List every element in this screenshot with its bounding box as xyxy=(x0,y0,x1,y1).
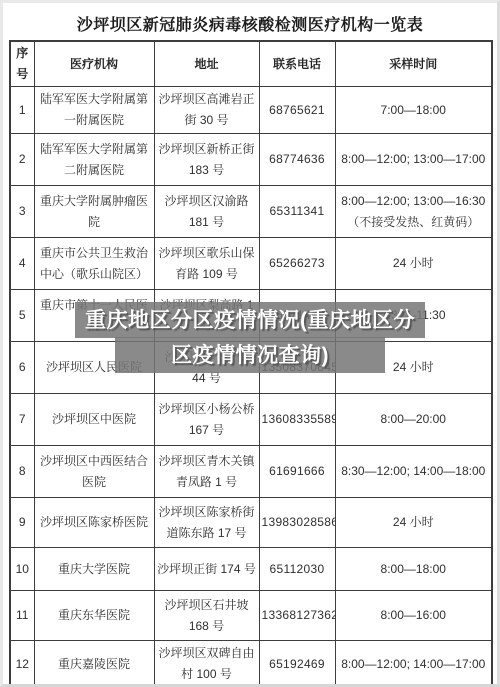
table-row: 1 陆军军医大学附属第一附属医院 沙坪坝区高滩岩正街 30 号 68765621… xyxy=(10,87,492,134)
table-row: 8 沙坪坝区中西医结合医院 沙坪坝区青木关镇青凤路 1 号 61691666 8… xyxy=(10,446,492,498)
cell-phone: 65192469 xyxy=(259,641,335,687)
cell-addr: 沙坪坝区陈家桥街道陈东路 17 号 xyxy=(154,498,259,548)
table-row: 9 沙坪坝区陈家桥医院 沙坪坝区陈家桥街道陈东路 17 号 1398302858… xyxy=(10,498,492,548)
time-text: 8:00—16:00 xyxy=(381,608,446,622)
cell-no: 12 xyxy=(10,641,34,687)
cell-no: 2 xyxy=(10,134,34,186)
cell-time: 24 小时 xyxy=(335,342,492,394)
cell-org: 陆军军医大学附属第二附属医院 xyxy=(34,134,154,186)
header-org: 医疗机构 xyxy=(34,41,154,87)
cell-addr: 沙坪坝区小杨公桥 167 号 xyxy=(154,394,259,446)
table-header-row: 序号 医疗机构 地址 联系电话 采样时间 xyxy=(10,41,492,87)
cell-org: 沙坪坝区人民医院 xyxy=(34,342,154,394)
cell-org: 重庆市公共卫生救治中心（歌乐山院区） xyxy=(34,238,154,290)
table-row: 7 沙坪坝区中医院 沙坪坝区小杨公桥 167 号 13608335589 8:0… xyxy=(10,394,492,446)
cell-org: 沙坪坝区中西医结合医院 xyxy=(34,446,154,498)
cell-org: 沙坪坝区陈家桥医院 xyxy=(34,498,154,548)
time-note: （不接受发热、红黄码） xyxy=(338,212,490,233)
header-phone: 联系电话 xyxy=(259,41,335,87)
cell-addr: 沙坪坝区新桥正街 183 号 xyxy=(154,134,259,186)
cell-addr: 沙坪坝区汉渝路 181 号 xyxy=(154,186,259,238)
cell-phone: 65371479 xyxy=(259,290,335,342)
cell-time: 8:00—12:00; 13:00—16:30（不接受发热、红黄码） xyxy=(335,186,492,238)
cell-phone: 13983028586 xyxy=(259,498,335,548)
table-row: 11 重庆东华医院 沙坪坝区石井坡 168 号 13368127362 8:00… xyxy=(10,591,492,641)
table-row: 2 陆军军医大学附属第二附属医院 沙坪坝区新桥正街 183 号 68774636… xyxy=(10,134,492,186)
cell-addr: 沙坪坝区双碑自由村 100 号 xyxy=(154,641,259,687)
table-row: 4 重庆市公共卫生救治中心（歌乐山院区） 沙坪坝区歌乐山保育路 109 号 65… xyxy=(10,238,492,290)
cell-time: 24 小时 xyxy=(335,498,492,548)
cell-phone: 65112030 xyxy=(259,548,335,591)
cell-no: 5 xyxy=(10,290,34,342)
cell-addr: 沙坪坝区高滩岩正街 30 号 xyxy=(154,87,259,134)
table-row: 3 重庆大学附属肿瘤医院 沙坪坝区汉渝路 181 号 65311341 8:00… xyxy=(10,186,492,238)
cell-time: 8:00—20:00 xyxy=(335,394,492,446)
cell-org: 沙坪坝区中医院 xyxy=(34,394,154,446)
hospital-table: 序号 医疗机构 地址 联系电话 采样时间 1 陆军军医大学附属第一附属医院 沙坪… xyxy=(9,40,493,687)
time-text: 7:30—11:30 xyxy=(381,308,446,322)
cell-org: 重庆嘉陵医院 xyxy=(34,641,154,687)
cell-addr: 沙坪坝区石井坡 168 号 xyxy=(154,591,259,641)
cell-time: 8:00—12:00; 14:00—17:00 xyxy=(335,641,492,687)
cell-no: 1 xyxy=(10,87,34,134)
cell-time: 7:30—11:30 xyxy=(335,290,492,342)
cell-no: 11 xyxy=(10,591,34,641)
cell-phone: 65311341 xyxy=(259,186,335,238)
table-row: 6 沙坪坝区人民医院 沙坪坝区小新街 44 号 13508370845 24 小… xyxy=(10,342,492,394)
time-text: 24 小时 xyxy=(393,256,434,270)
cell-org: 陆军军医大学附属第一附属医院 xyxy=(34,87,154,134)
cell-org: 重庆市第十一人民医院 xyxy=(34,290,154,342)
cell-time: 8:00—12:00; 13:00—17:00 xyxy=(335,134,492,186)
cell-phone: 61691666 xyxy=(259,446,335,498)
cell-phone: 13608335589 xyxy=(259,394,335,446)
cell-no: 6 xyxy=(10,342,34,394)
cell-addr: 沙坪坝区歌乐山保育路 109 号 xyxy=(154,238,259,290)
time-text: 8:00—12:00; 13:00—17:00 xyxy=(341,152,485,166)
cell-time: 8:00—16:00 xyxy=(335,591,492,641)
table-row: 12 重庆嘉陵医院 沙坪坝区双碑自由村 100 号 65192469 8:00—… xyxy=(10,641,492,687)
cell-time: 8:30—12:00; 14:00—18:00 xyxy=(335,446,492,498)
cell-org: 重庆大学附属肿瘤医院 xyxy=(34,186,154,238)
time-text: 8:00—12:00; 13:00—16:30 xyxy=(341,194,485,208)
document-page: 沙坪坝区新冠肺炎病毒核酸检测医疗机构一览表 序号 医疗机构 地址 联系电话 采样… xyxy=(0,0,500,687)
cell-addr: 沙坪坝区小新街 44 号 xyxy=(154,342,259,394)
cell-addr: 沙坪坝区青木关镇青凤路 1 号 xyxy=(154,446,259,498)
cell-addr: 沙坪坝区梨高路 1 号 xyxy=(154,290,259,342)
cell-phone: 68765621 xyxy=(259,87,335,134)
table-row: 10 重庆大学医院 沙坪坝正街 174 号 65112030 8:00—18:0… xyxy=(10,548,492,591)
time-text: 7:00—18:00 xyxy=(381,103,446,117)
cell-org: 重庆东华医院 xyxy=(34,591,154,641)
time-text: 24 小时 xyxy=(393,360,434,374)
cell-no: 10 xyxy=(10,548,34,591)
header-no: 序号 xyxy=(10,41,34,87)
cell-no: 8 xyxy=(10,446,34,498)
cell-no: 7 xyxy=(10,394,34,446)
time-text: 24 小时 xyxy=(393,515,434,529)
time-text: 8:30—12:00; 14:00—18:00 xyxy=(341,464,485,478)
cell-time: 8:00—18:00 xyxy=(335,548,492,591)
time-text: 8:00—18:00 xyxy=(381,562,446,576)
header-time: 采样时间 xyxy=(335,41,492,87)
cell-no: 9 xyxy=(10,498,34,548)
cell-phone: 68774636 xyxy=(259,134,335,186)
cell-org: 重庆大学医院 xyxy=(34,548,154,591)
cell-phone: 13508370845 xyxy=(259,342,335,394)
cell-addr: 沙坪坝正街 174 号 xyxy=(154,548,259,591)
cell-no: 4 xyxy=(10,238,34,290)
cell-time: 24 小时 xyxy=(335,238,492,290)
cell-phone: 65266273 xyxy=(259,238,335,290)
cell-time: 7:00—18:00 xyxy=(335,87,492,134)
page-title: 沙坪坝区新冠肺炎病毒核酸检测医疗机构一览表 xyxy=(3,3,497,35)
time-text: 8:00—20:00 xyxy=(381,412,446,426)
header-addr: 地址 xyxy=(154,41,259,87)
time-text: 8:00—12:00; 14:00—17:00 xyxy=(341,657,485,671)
cell-phone: 13368127362 xyxy=(259,591,335,641)
table-row: 5 重庆市第十一人民医院 沙坪坝区梨高路 1 号 65371479 7:30—1… xyxy=(10,290,492,342)
cell-no: 3 xyxy=(10,186,34,238)
